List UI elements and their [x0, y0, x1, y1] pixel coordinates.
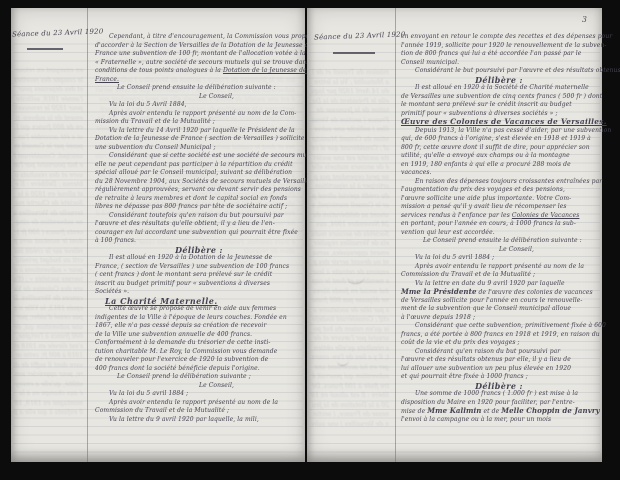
manuscript-line: Le Conseil,	[95, 93, 303, 102]
manuscript-line: vacances.	[401, 169, 597, 178]
manuscript-line: francs, a été portée à 800 francs en 191…	[401, 331, 597, 340]
manuscript-line: inscrit au budget primitif pour « subven…	[95, 280, 303, 289]
manuscript-line: l'augmentation du prix des voyages et de…	[401, 186, 597, 195]
manuscript-line: en 1919, 180 enfants à qui elle a procur…	[401, 161, 597, 170]
manuscript-line: En raison des dépenses toujours croissan…	[401, 178, 597, 187]
manuscript-line: 400 francs dont la société bénéficie dep…	[95, 365, 303, 374]
manuscript-line: de Versailles sollicite pour l'année en …	[401, 297, 597, 306]
manuscript-line: Commission du Travail et de la Mutualité…	[95, 407, 303, 416]
manuscript-line: Mme la Présidente de l'œuvre des colonie…	[401, 288, 597, 297]
manuscript-line: Vu la lettre du 14 Avril 1920 par laquel…	[95, 127, 303, 136]
manuscript-line: ( cent francs ) dont le montant sera pré…	[95, 271, 303, 280]
manuscript-line: régulièrement approuvées, servant ou dev…	[95, 186, 303, 195]
page-number: 3	[582, 15, 587, 24]
manuscript-line: spécial alloué par le Conseil municipal,…	[95, 169, 303, 178]
manuscript-line: mission a pensé qu'il y avait lieu de ré…	[401, 203, 597, 212]
manuscript-line: libres ne dépasse pas 800 francs par têt…	[95, 203, 303, 212]
manuscript-line: une subvention du Conseil Municipal ;	[95, 144, 303, 153]
manuscript-line: Cette œuvre se propose de venir en aide …	[95, 305, 303, 314]
manuscript-line: Le Conseil,	[401, 246, 597, 255]
manuscript-line: de renouveler pour l'exercice de 1920 la…	[95, 356, 303, 365]
manuscript-line: Considérant qu'en raison du but poursuiv…	[401, 348, 597, 357]
header-underline	[27, 48, 63, 50]
manuscript-line: Vu la loi du 5 Avril 1884,	[95, 101, 303, 110]
manuscript-line: coût de la vie et du prix des voyages ;	[401, 339, 597, 348]
manuscript-line: l'œuvre sollicite une aide plus importan…	[401, 195, 597, 204]
session-date-header: Séance du 23 Avril 1920	[12, 27, 104, 38]
manuscript-line: Délibère :	[401, 76, 597, 85]
manuscript-line: tion de 800 francs qui lui a été accordé…	[401, 50, 597, 59]
manuscript-line: Depuis 1913, la Ville n'a pas cessé d'ai…	[401, 127, 597, 136]
manuscript-line: d'accorder à la Section de Versailles de…	[95, 42, 303, 51]
manuscript-line: Considérant que cette subvention, primit…	[401, 322, 597, 331]
manuscript-line: Conseil municipal.	[401, 59, 597, 68]
manuscript-line: de Versailles une subvention de cinq cen…	[401, 93, 597, 102]
manuscript-line: qui, de 600 francs à l'origine, s'est él…	[401, 135, 597, 144]
manuscript-line: Le Conseil prend ensuite la délibération…	[95, 84, 303, 93]
manuscript-line: Après avoir entendu le rapport présenté …	[95, 110, 303, 119]
manuscript-line: utilité, qu'elle a envoyé aux champs ou …	[401, 152, 597, 161]
manuscript-line: en envoyant en retour le compte des rece…	[401, 33, 597, 42]
scanned-register-spread: { "palette": { "background": "#0c0c0c", …	[0, 0, 620, 480]
manuscript-line: Il est alloué en 1920 à la Société de Ch…	[401, 84, 597, 93]
manuscript-line: Une somme de 1000 francs ( 1.000 fr ) es…	[401, 390, 597, 399]
manuscript-line: Après avoir entendu le rapport présenté …	[95, 399, 303, 408]
manuscript-line: Commission du Travail et de la Mutualité…	[401, 271, 597, 280]
bleed-through-ghost-text: en envoyant en retour le compte des rece…	[13, 66, 83, 416]
bleed-through-ghost-text: mission du Travail et de la Mutualité ; …	[311, 68, 389, 428]
manuscript-text-column: Cependant, à titre d'encouragement, la C…	[95, 33, 303, 424]
manuscript-line: en portant, pour l'année en cours, à 100…	[401, 220, 597, 229]
manuscript-line: l'œuvre et des résultats obtenus par ell…	[401, 356, 597, 365]
manuscript-line: Délibère :	[401, 382, 597, 391]
margin-rule-line	[395, 8, 396, 462]
manuscript-line: Le Conseil prend ensuite la délibération…	[401, 237, 597, 246]
manuscript-line: l'envoi à la campagne ou à la mer, pour …	[401, 416, 597, 425]
manuscript-line: services rendus à l'enfance par les Colo…	[401, 212, 597, 221]
manuscript-line: France une subvention de 100 fr, montant…	[95, 50, 303, 59]
manuscript-line: « Fraternelle », autre société de secour…	[95, 59, 303, 68]
manuscript-line: du 28 Novembre 1904, aux Sociétés de sec…	[95, 178, 303, 187]
manuscript-line: de la Ville une subvention annuelle de 4…	[95, 331, 303, 340]
manuscript-line: à l'œuvre depuis 1918 ;	[401, 314, 597, 323]
manuscript-line: conditions de tous points analogues à la…	[95, 67, 303, 76]
manuscript-line: Délibère :	[95, 246, 303, 255]
manuscript-line: Le Conseil,	[95, 382, 303, 391]
manuscript-line: France.	[95, 76, 303, 85]
manuscript-line: courager en lui accordant une subvention…	[95, 229, 303, 238]
manuscript-line: lui allouer une subvention un peu plus é…	[401, 365, 597, 374]
manuscript-line: le montant sera prélevé sur le crédit in…	[401, 101, 597, 110]
manuscript-line: Vu la loi du 5 avril 1884 ;	[95, 390, 303, 399]
manuscript-line: Vu la loi du 5 avril 1884 ;	[401, 254, 597, 263]
pencil-mark	[337, 358, 350, 367]
margin-rule-line	[87, 8, 88, 462]
manuscript-text-column: en envoyant en retour le compte des rece…	[401, 33, 597, 424]
manuscript-line: Le Conseil prend la délibération suivant…	[95, 373, 303, 382]
manuscript-line: Conformément à la demande du trésorier d…	[95, 339, 303, 348]
manuscript-line: France, ( section de Versailles ) une su…	[95, 263, 303, 272]
manuscript-line: La Charité Maternelle.	[95, 297, 303, 306]
manuscript-line: Après avoir entendu le rapport présenté …	[401, 263, 597, 272]
manuscript-line: mission du Travail et de la Mutualité ;	[95, 118, 303, 127]
manuscript-line: Dotation de la Jeunesse de France ( sect…	[95, 135, 303, 144]
session-date-header: Séance du 23 Avril 1920	[314, 30, 406, 41]
manuscript-line: Vu la lettre du 9 avril 1920 par laquell…	[95, 416, 303, 425]
manuscript-line: tution charitable M. Le Roy, la Commissi…	[95, 348, 303, 357]
right-manuscript-page: Séance du 23 Avril 1920 3 mission du Tra…	[307, 8, 602, 462]
manuscript-line: de retraite à leurs membres et dont le c…	[95, 195, 303, 204]
manuscript-line: ment de la subvention que le Conseil mun…	[401, 305, 597, 314]
manuscript-line: Cependant, à titre d'encouragement, la C…	[95, 33, 303, 42]
manuscript-line: vention qui leur est accordée.	[401, 229, 597, 238]
manuscript-line: elle ne peut cependant pas participer à …	[95, 161, 303, 170]
manuscript-line: l'année 1919, sollicite pour 1920 le ren…	[401, 42, 597, 51]
manuscript-line: l'œuvre et des résultats qu'elle obtient…	[95, 220, 303, 229]
manuscript-line: Œuvre des Colonies de Vacances de Versai…	[401, 118, 597, 127]
manuscript-line: 1867, elle n'a pas cessé depuis sa créat…	[95, 322, 303, 331]
manuscript-line: indigentes de la Ville à l'époque de leu…	[95, 314, 303, 323]
manuscript-line: 800 fr, cette œuvre dont il suffit de di…	[401, 144, 597, 153]
header-underline	[333, 52, 375, 54]
pencil-mark	[347, 275, 366, 284]
manuscript-line: Considérant toutefois qu'en raison du bu…	[95, 212, 303, 221]
manuscript-line: Considérant que si cette société est une…	[95, 152, 303, 161]
manuscript-line: mise de Mme Kallmin et de Melle Choppin …	[401, 407, 597, 416]
left-manuscript-page: Séance du 23 Avril 1920 en envoyant en r…	[11, 8, 305, 462]
manuscript-line: Il est alloué en 1920 à la Dotation de l…	[95, 254, 303, 263]
